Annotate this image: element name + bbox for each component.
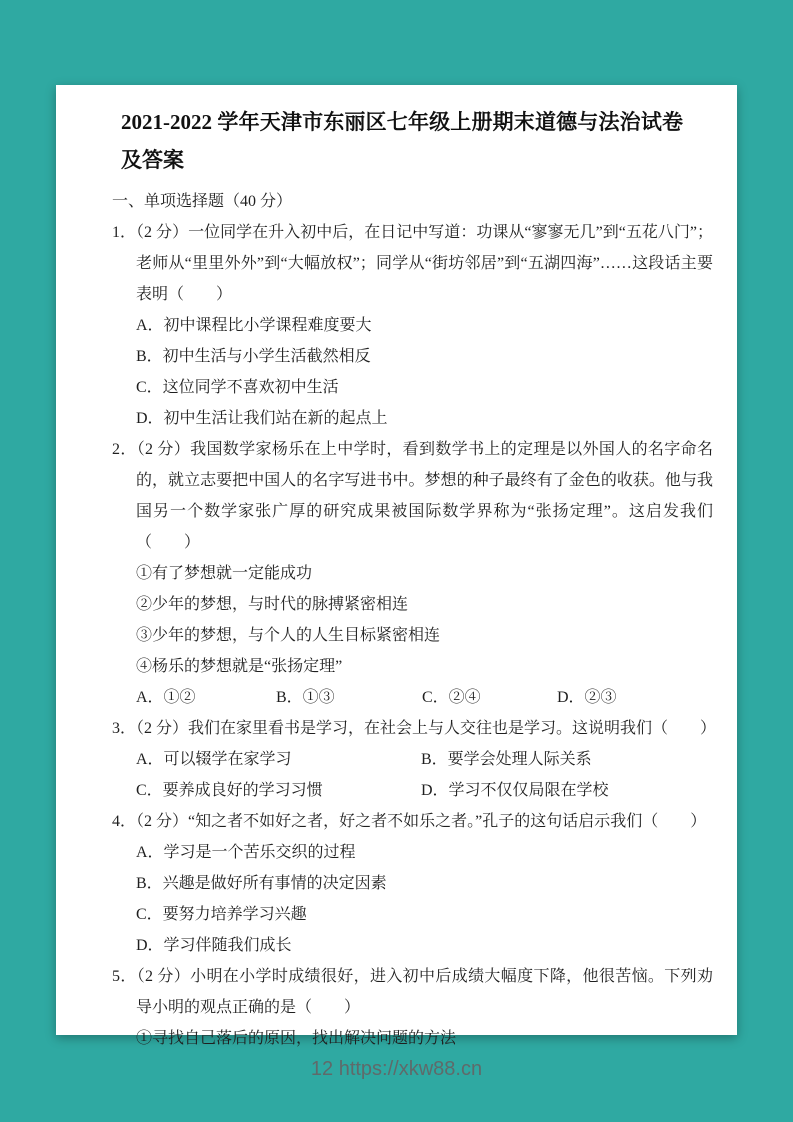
question-2-option-a: A．①②: [136, 682, 276, 713]
question-2-stem: 2．（2 分）我国数学家杨乐在上中学时，看到数学书上的定理是以外国人的名字命名的…: [112, 434, 713, 558]
question-4-option-b: B．兴趣是做好所有事情的决定因素: [112, 868, 713, 899]
question-2-subitem-2: ②少年的梦想，与时代的脉搏紧密相连: [112, 589, 713, 620]
exam-title: 2021-2022 学年天津市东丽区七年级上册期末道德与法治试卷及答案: [121, 103, 683, 179]
question-1-option-a: A．初中课程比小学课程难度要大: [112, 310, 713, 341]
question-5-subitem-1: ①寻找自己落后的原因，找出解决问题的方法: [112, 1023, 713, 1054]
question-4-stem: 4．（2 分）“知之者不如好之者，好之者不如乐之者。”孔子的这句话启示我们（ ）: [112, 806, 713, 837]
question-4-option-c: C．要努力培养学习兴趣: [112, 899, 713, 930]
question-4-option-d: D．学习伴随我们成长: [112, 930, 713, 961]
question-1: 1．（2 分）一位同学在升入初中后，在日记中写道：功课从“寥寥无几”到“五花八门…: [112, 217, 713, 434]
question-5: 5．（2 分）小明在小学时成绩很好，进入初中后成绩大幅度下降，他很苦恼。下列劝导…: [112, 961, 713, 1054]
page-number-watermark: 12 https://xkw88.cn: [0, 1058, 793, 1081]
question-2-option-c: C．②④: [422, 682, 557, 713]
question-3-option-d: D．学习不仅仅局限在学校: [421, 775, 713, 806]
section-heading: 一、单项选择题（40 分）: [112, 186, 713, 217]
question-2-option-b: B．①③: [276, 682, 422, 713]
question-2: 2．（2 分）我国数学家杨乐在上中学时，看到数学书上的定理是以外国人的名字命名的…: [112, 434, 713, 713]
question-2-option-d: D．②③: [557, 682, 617, 713]
exam-paper-page: 2021-2022 学年天津市东丽区七年级上册期末道德与法治试卷及答案 一、单项…: [56, 85, 737, 1035]
question-2-subitem-4: ④杨乐的梦想就是“张扬定理”: [112, 651, 713, 682]
question-2-subitem-1: ①有了梦想就一定能成功: [112, 558, 713, 589]
question-1-stem: 1．（2 分）一位同学在升入初中后，在日记中写道：功课从“寥寥无几”到“五花八门…: [112, 217, 713, 310]
question-3-option-a: A．可以辍学在家学习: [136, 744, 421, 775]
question-1-option-c: C．这位同学不喜欢初中生活: [112, 372, 713, 403]
question-3-option-c: C．要养成良好的学习习惯: [136, 775, 421, 806]
question-4-option-a: A．学习是一个苦乐交织的过程: [112, 837, 713, 868]
viewer-background: { "colors": { "background": "#2fa9a2", "…: [0, 0, 793, 1122]
question-3-options-grid: A．可以辍学在家学习 B．要学会处理人际关系 C．要养成良好的学习习惯 D．学习…: [112, 744, 713, 806]
question-3: 3．（2 分）我们在家里看书是学习，在社会上与人交往也是学习。这说明我们（ ） …: [112, 713, 713, 806]
question-2-options-row: A．①② B．①③ C．②④ D．②③: [112, 682, 713, 713]
question-3-option-b: B．要学会处理人际关系: [421, 744, 713, 775]
question-5-stem: 5．（2 分）小明在小学时成绩很好，进入初中后成绩大幅度下降，他很苦恼。下列劝导…: [112, 961, 713, 1023]
question-3-stem: 3．（2 分）我们在家里看书是学习，在社会上与人交往也是学习。这说明我们（ ）: [112, 713, 713, 744]
question-1-option-d: D．初中生活让我们站在新的起点上: [112, 403, 713, 434]
question-4: 4．（2 分）“知之者不如好之者，好之者不如乐之者。”孔子的这句话启示我们（ ）…: [112, 806, 713, 961]
question-2-subitem-3: ③少年的梦想，与个人的人生目标紧密相连: [112, 620, 713, 651]
question-1-option-b: B．初中生活与小学生活截然相反: [112, 341, 713, 372]
